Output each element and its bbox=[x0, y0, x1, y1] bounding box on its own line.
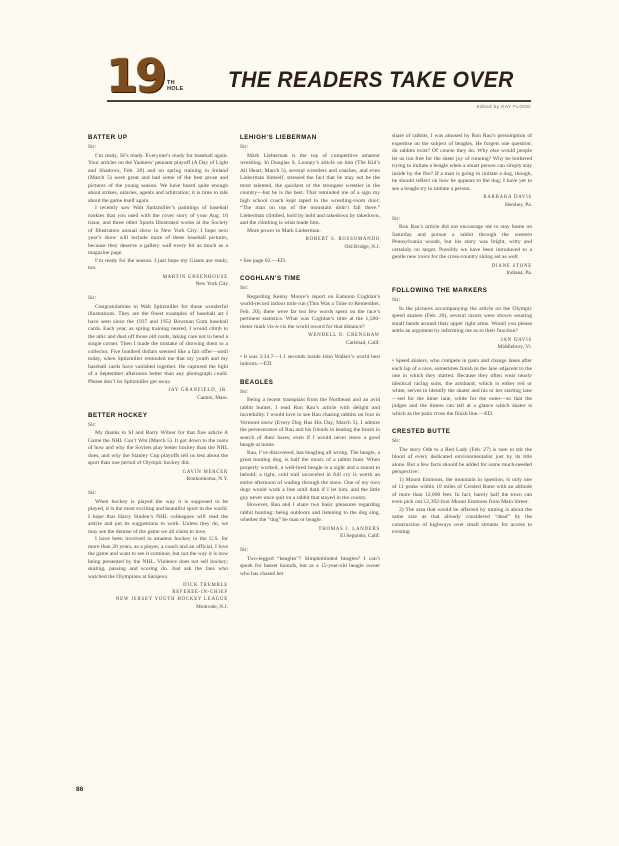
logo-suffix-hole: HOLE bbox=[167, 87, 183, 93]
page-number: 86 bbox=[76, 786, 83, 793]
signature-line: Martin Greenhouse bbox=[88, 275, 228, 282]
letter-paragraph: I’m ready, SI’s ready. Everyone’s ready … bbox=[88, 153, 228, 206]
signature: Gavin MercerRonkonkoma, N.Y. bbox=[88, 470, 228, 484]
signature-line: Ronkonkoma, N.Y. bbox=[88, 476, 228, 483]
letter-salutation: Sir: bbox=[240, 389, 380, 397]
signature-line: Canton, Mass. bbox=[88, 395, 228, 402]
signature: Diane StoneIndiana, Pa. bbox=[392, 264, 532, 278]
signature: Robert S. RossomandoOld Bridge, N.J. bbox=[240, 237, 380, 251]
letter-salutation: Sir: bbox=[88, 144, 228, 152]
signature: Thomas J. LandersEl Segundo, Calif. bbox=[240, 527, 380, 541]
letter-salutation: Sir: bbox=[88, 490, 228, 498]
letter-salutation: Sir: bbox=[392, 438, 532, 446]
signature: Barbara DavisHershey, Pa. bbox=[392, 195, 532, 209]
letter-paragraph: When hockey is played the way it is supp… bbox=[88, 499, 228, 537]
letter-salutation: Sir: bbox=[240, 144, 380, 152]
letter-paragraph: I have been involved in amateur hockey i… bbox=[88, 536, 228, 581]
letter-paragraph: Congratulations to Walt Spitzmiller for … bbox=[88, 304, 228, 387]
letter-paragraph: More power to Mark Lieberman. bbox=[240, 228, 380, 236]
letter-heading: BATTER UP bbox=[88, 134, 228, 142]
letter-heading: LEHIGH’S LIEBERMAN bbox=[240, 134, 380, 142]
letter-paragraph: Being a recent transplant from the North… bbox=[240, 397, 380, 450]
signature-line: Carlsbad, Calif. bbox=[240, 340, 380, 347]
signature-line: Middlebury, Vt. bbox=[392, 344, 532, 351]
page-title: THE READERS TAKE OVER bbox=[228, 67, 514, 94]
editor-note: • Speed skaters, who compete in pairs an… bbox=[392, 358, 532, 418]
signature-line: New Jersey Youth Hockey League bbox=[88, 597, 228, 604]
letter-salutation: Sir: bbox=[240, 547, 380, 555]
signature-line: Hershey, Pa. bbox=[392, 202, 532, 209]
signature-line: Montvale, N.J. bbox=[88, 604, 228, 611]
letter-paragraph: I’m ready for the season. I just hope my… bbox=[88, 258, 228, 273]
signature-line: El Segundo, Calif. bbox=[240, 533, 380, 540]
signature-line: Gavin Mercer bbox=[88, 470, 228, 477]
letter-paragraph: 2) The area that would be affected by mi… bbox=[392, 507, 532, 537]
letter-paragraph: share of rabbits, I was amused by Ron Ra… bbox=[392, 133, 532, 193]
header-rule bbox=[107, 100, 531, 102]
signature-line: New York City bbox=[88, 281, 228, 288]
letter-paragraph: Regarding Kenny Moore’s report on Eamonn… bbox=[240, 294, 380, 332]
letters-column-3: share of rabbits, I was amused by Ron Ra… bbox=[392, 133, 532, 537]
signature-line: Diane Stone bbox=[392, 264, 532, 271]
letter-heading: CRESTED BUTTE bbox=[392, 428, 532, 436]
letter-paragraph: 1) Mount Emmons, the mountain in questio… bbox=[392, 477, 532, 507]
nineteenth-hole-logo-number: 19 bbox=[106, 56, 164, 96]
signature-line: Indiana, Pa. bbox=[392, 270, 532, 277]
letter-heading: COGHLAN’S TIME bbox=[240, 275, 380, 283]
letter-paragraph: In the pictures accompanying the article… bbox=[392, 306, 532, 336]
signature-line: Barbara Davis bbox=[392, 195, 532, 202]
letter-salutation: Sir: bbox=[392, 216, 532, 224]
letter-salutation: Sir: bbox=[240, 285, 380, 293]
masthead: 19 TH HOLE bbox=[106, 56, 184, 96]
letter-paragraph: Two-legged “beagles”? Simpleminded beagl… bbox=[240, 556, 380, 579]
signature: Jay Granfield, Jr.Canton, Mass. bbox=[88, 388, 228, 402]
signature-line: Referee-in-Chief bbox=[88, 590, 228, 597]
letter-paragraph: I recently saw Walt Spitzmiller’s painti… bbox=[88, 205, 228, 258]
letter-heading: BEAGLES bbox=[240, 379, 380, 387]
signature: Martin GreenhouseNew York City bbox=[88, 275, 228, 289]
signature-line: Jan Davis bbox=[392, 338, 532, 345]
letter-paragraph: However, Rau and I share two basic pleas… bbox=[240, 502, 380, 525]
letter-paragraph: Mark Lieberman is the top of competitive… bbox=[240, 153, 380, 228]
signature: Jan DavisMiddlebury, Vt. bbox=[392, 338, 532, 352]
signature-line: Wendell O. Crenshaw bbox=[240, 333, 380, 340]
letter-paragraph: Ron Rau’s article did not encourage me t… bbox=[392, 224, 532, 262]
letter-paragraph: The story Ode to a Red Lady (Feb. 27) is… bbox=[392, 447, 532, 477]
signature-line: Jay Granfield, Jr. bbox=[88, 388, 228, 395]
letter-paragraph: Rau, I’ve discovered, has beagling all w… bbox=[240, 450, 380, 503]
editor-note: • It was 3:34.7—1.1 seconds inside John … bbox=[240, 354, 380, 369]
letter-salutation: Sir: bbox=[392, 297, 532, 305]
magazine-page: 19 TH HOLE THE READERS TAKE OVER Edited … bbox=[0, 0, 619, 846]
editor-note: • See page 62.—ED. bbox=[240, 258, 380, 266]
letters-column-1: BATTER UPSir:I’m ready, SI’s ready. Ever… bbox=[88, 133, 228, 617]
nineteenth-hole-logo-suffix: TH HOLE bbox=[167, 81, 183, 96]
letter-paragraph: My thanks to SI and Barry Wilner for tha… bbox=[88, 430, 228, 468]
edited-by-credit: Edited by GAY FLOOD bbox=[107, 104, 531, 110]
signature-line: Dick Tremble bbox=[88, 583, 228, 590]
letter-heading: BETTER HOCKEY bbox=[88, 412, 228, 420]
signature-line: Old Bridge, N.J. bbox=[240, 244, 380, 251]
signature: Wendell O. CrenshawCarlsbad, Calif. bbox=[240, 333, 380, 347]
letter-salutation: Sir: bbox=[88, 422, 228, 430]
letter-heading: FOLLOWING THE MARKERS bbox=[392, 287, 532, 295]
signature: Dick TrembleReferee-in-ChiefNew Jersey Y… bbox=[88, 583, 228, 610]
letters-column-2: LEHIGH’S LIEBERMANSir:Mark Lieberman is … bbox=[240, 133, 380, 578]
letter-salutation: Sir: bbox=[88, 295, 228, 303]
signature-line: Robert S. Rossomando bbox=[240, 237, 380, 244]
